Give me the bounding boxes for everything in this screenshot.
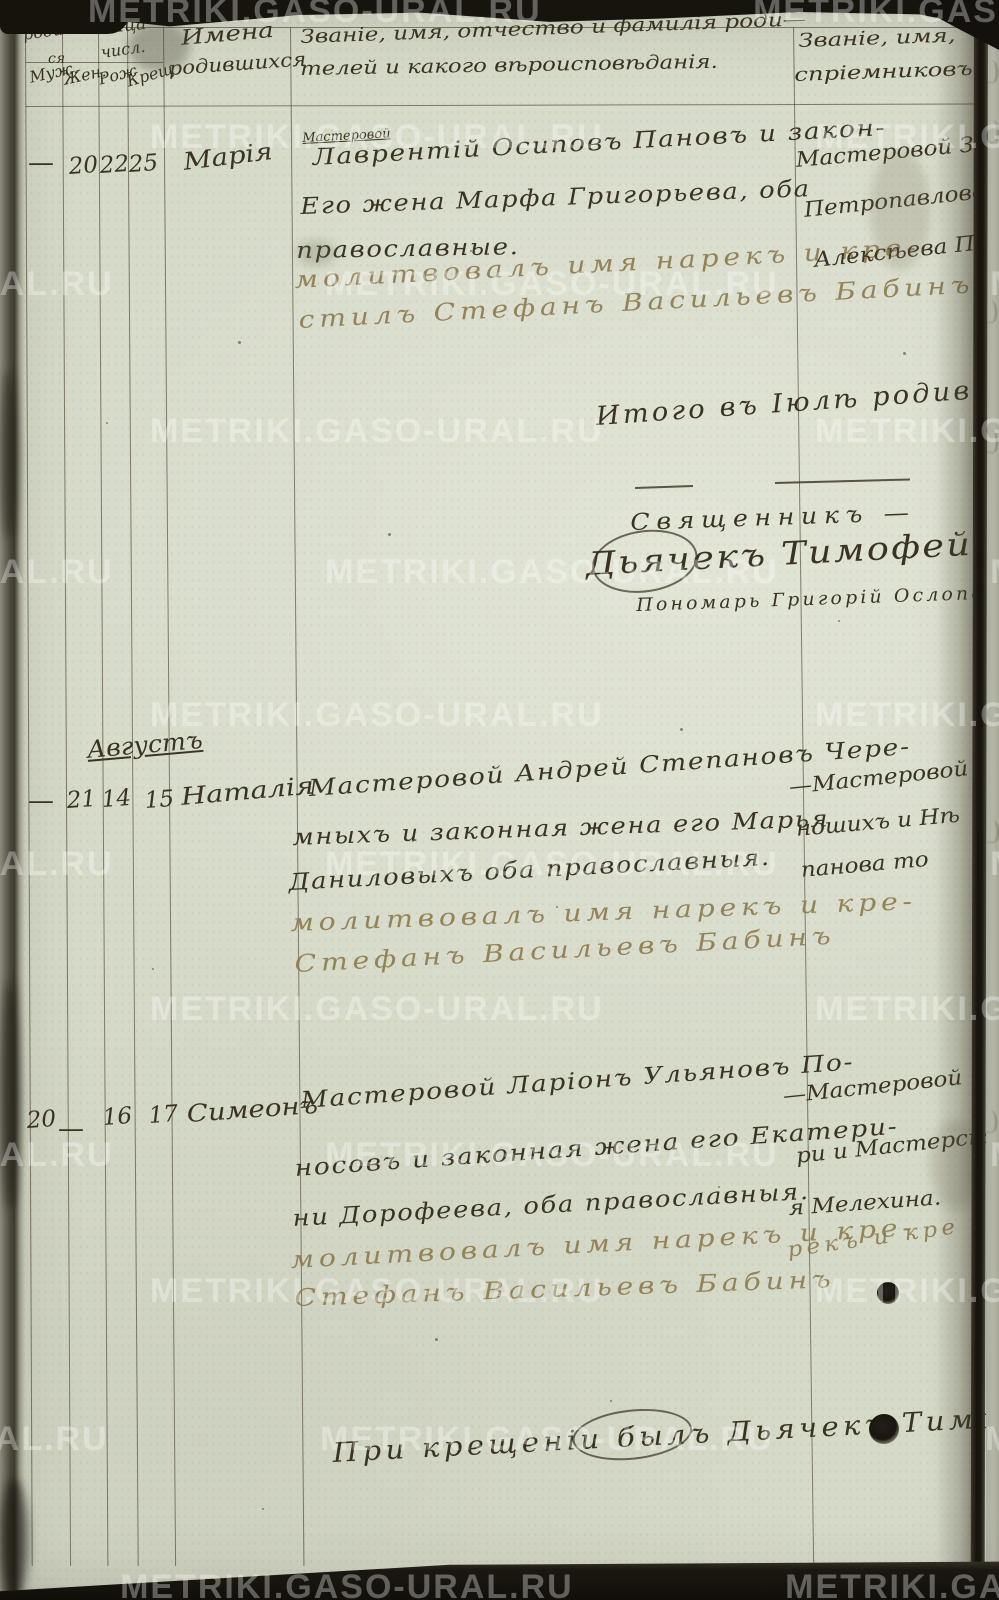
paper-speck xyxy=(435,1338,438,1341)
pen-dash xyxy=(635,485,693,489)
paper-speck xyxy=(238,341,241,344)
watermark-row: METRIKI.GASO-URAL.RU METRIKI.GASO-URAL.R… xyxy=(150,696,999,735)
entry3-parents-line: Мастеровой Ларіонъ Ульяновъ По- xyxy=(300,1051,855,1113)
ghost-writing xyxy=(986,430,998,453)
entry2-baptized-day: 15 xyxy=(144,788,175,813)
top-left-corner-shadow xyxy=(0,0,130,34)
left-binding-edge xyxy=(0,0,25,1600)
entry2-parents-line: Даниловыхъ оба православныя. xyxy=(288,847,771,895)
entry2-male-no: — xyxy=(28,788,54,814)
punch-hole xyxy=(869,1414,899,1444)
pen-dash xyxy=(775,478,910,484)
left-edge-dark-patch xyxy=(0,1480,28,1600)
left-edge-dark-patch xyxy=(0,980,20,1210)
entry3-born-day: 16 xyxy=(102,1105,133,1130)
parents-header-2: телей и какого вѣроисповѣданія. xyxy=(300,53,718,79)
names-header-2: родившихся xyxy=(168,50,307,79)
entry3-baptism-line: Стефанъ Васильевъ Бабинъ xyxy=(294,1267,836,1310)
entry3-female-no: — xyxy=(58,1116,84,1142)
entry2-born-day: 14 xyxy=(101,787,132,812)
entry1-parents-line: Его жена Марфа Григорьева, оба xyxy=(300,178,811,219)
entry3-godparents-line: я Мелехина. xyxy=(788,1187,942,1219)
entry3-male-no: 20 xyxy=(26,1108,57,1133)
month-heading: Августъ xyxy=(86,728,204,762)
ink-smudge xyxy=(296,240,336,266)
adjacent-page-strip xyxy=(986,0,999,1600)
entry2-godparents-line: панова то xyxy=(800,849,929,881)
entry2-child-name: Наталія xyxy=(180,773,315,809)
godparents-header-1: Званіе, имя, xyxy=(798,27,956,51)
ghost-writing xyxy=(987,120,999,143)
paper-speck xyxy=(152,968,154,970)
header-bottom-border xyxy=(25,104,975,107)
watermark-row: METRIKI.GASO-URAL.RU METRIKI.GASO-URAL.R… xyxy=(150,990,999,1029)
ghost-writing xyxy=(987,820,999,843)
left-edge-dark-patch xyxy=(0,370,18,540)
ink-smudge xyxy=(128,22,190,72)
entry2-female-no: 21 xyxy=(66,788,97,813)
paper-speck xyxy=(388,533,391,536)
paper-speck xyxy=(106,422,108,424)
entry3-baptized-day: 17 xyxy=(148,1103,179,1128)
paper-speck xyxy=(610,1400,612,1402)
punch-hole xyxy=(877,1282,899,1304)
ghost-writing xyxy=(985,1110,997,1133)
metric-book-page-scan: Счетъ родивших ся Муж. Жен. Мца числ. Ро… xyxy=(0,0,999,1600)
bottom-scan-band xyxy=(0,1560,999,1600)
paper-speck xyxy=(262,1508,264,1510)
watermark-row: METRIKI.GASO-URAL.RU METRIKI.GASO-URAL.R… xyxy=(150,412,999,451)
entry1-born-day: 22 xyxy=(99,153,130,178)
paper-speck xyxy=(680,728,683,731)
paper-speck xyxy=(838,620,840,622)
paper-speck xyxy=(903,352,906,355)
edge-shading xyxy=(870,150,930,270)
entry1-baptized-day: 25 xyxy=(128,152,159,177)
entry1-child-name: Марія xyxy=(182,139,274,174)
entry2-parents-line: мныхъ и законная жена его Марья xyxy=(292,808,830,850)
entry1-female-no: 20 xyxy=(68,154,99,179)
entry1-male-no: — xyxy=(28,150,54,176)
